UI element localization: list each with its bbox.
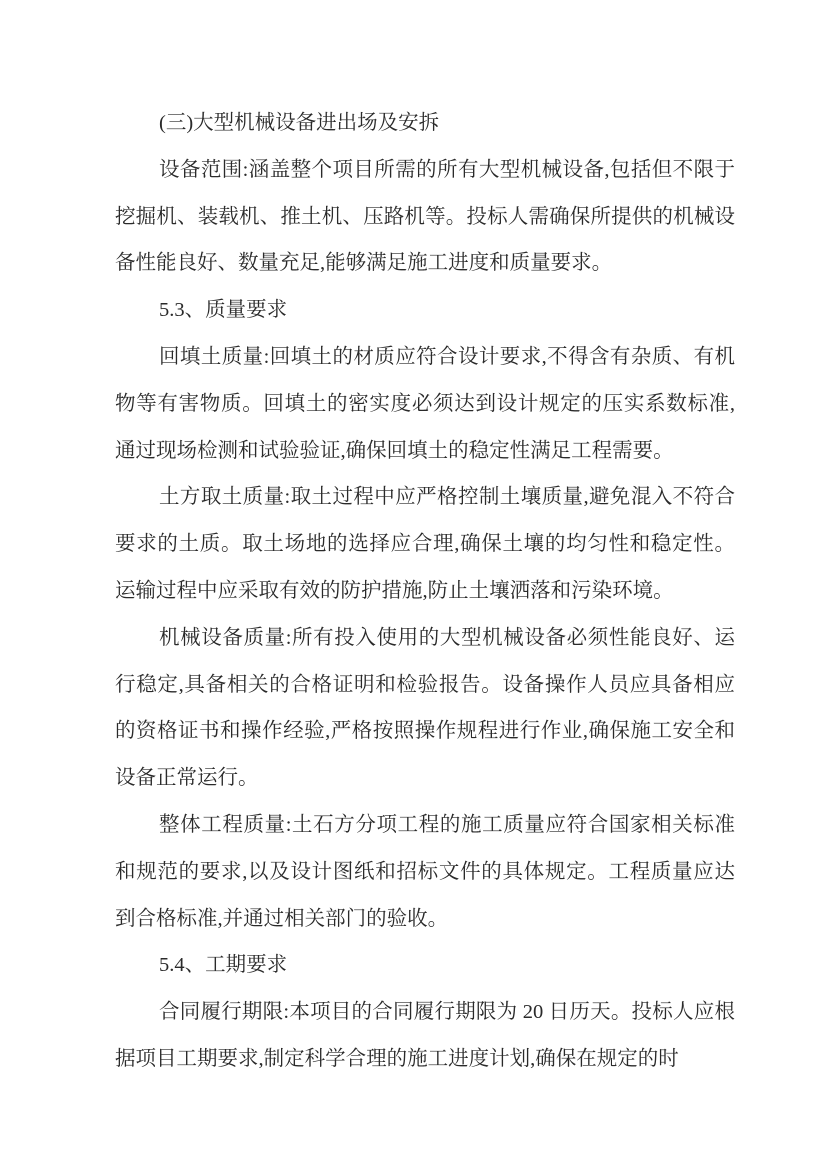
body-paragraph: 整体工程质量:土石方分项工程的施工质量应符合国家相关标准和规范的要求,以及设计图… — [115, 802, 735, 942]
document-body: (三)大型机械设备进出场及安拆设备范围:涵盖整个项目所需的所有大型机械设备,包括… — [115, 100, 735, 1083]
section-heading: (三)大型机械设备进出场及安拆 — [115, 100, 735, 147]
body-paragraph: 合同履行期限:本项目的合同履行期限为 20 日历天。投标人应根据项目工期要求,制… — [115, 989, 735, 1083]
body-paragraph: 土方取土质量:取土过程中应严格控制土壤质量,避免混入不符合要求的土质。取土场地的… — [115, 474, 735, 614]
body-paragraph: 回填土质量:回填土的材质应符合设计要求,不得含有杂质、有机物等有害物质。回填土的… — [115, 334, 735, 474]
body-paragraph: 机械设备质量:所有投入使用的大型机械设备必须性能良好、运行稳定,具备相关的合格证… — [115, 615, 735, 802]
section-heading: 5.3、质量要求 — [115, 287, 735, 334]
body-paragraph: 设备范围:涵盖整个项目所需的所有大型机械设备,包括但不限于挖掘机、装载机、推土机… — [115, 147, 735, 287]
section-heading: 5.4、工期要求 — [115, 942, 735, 989]
document-page: (三)大型机械设备进出场及安拆设备范围:涵盖整个项目所需的所有大型机械设备,包括… — [0, 0, 826, 1169]
